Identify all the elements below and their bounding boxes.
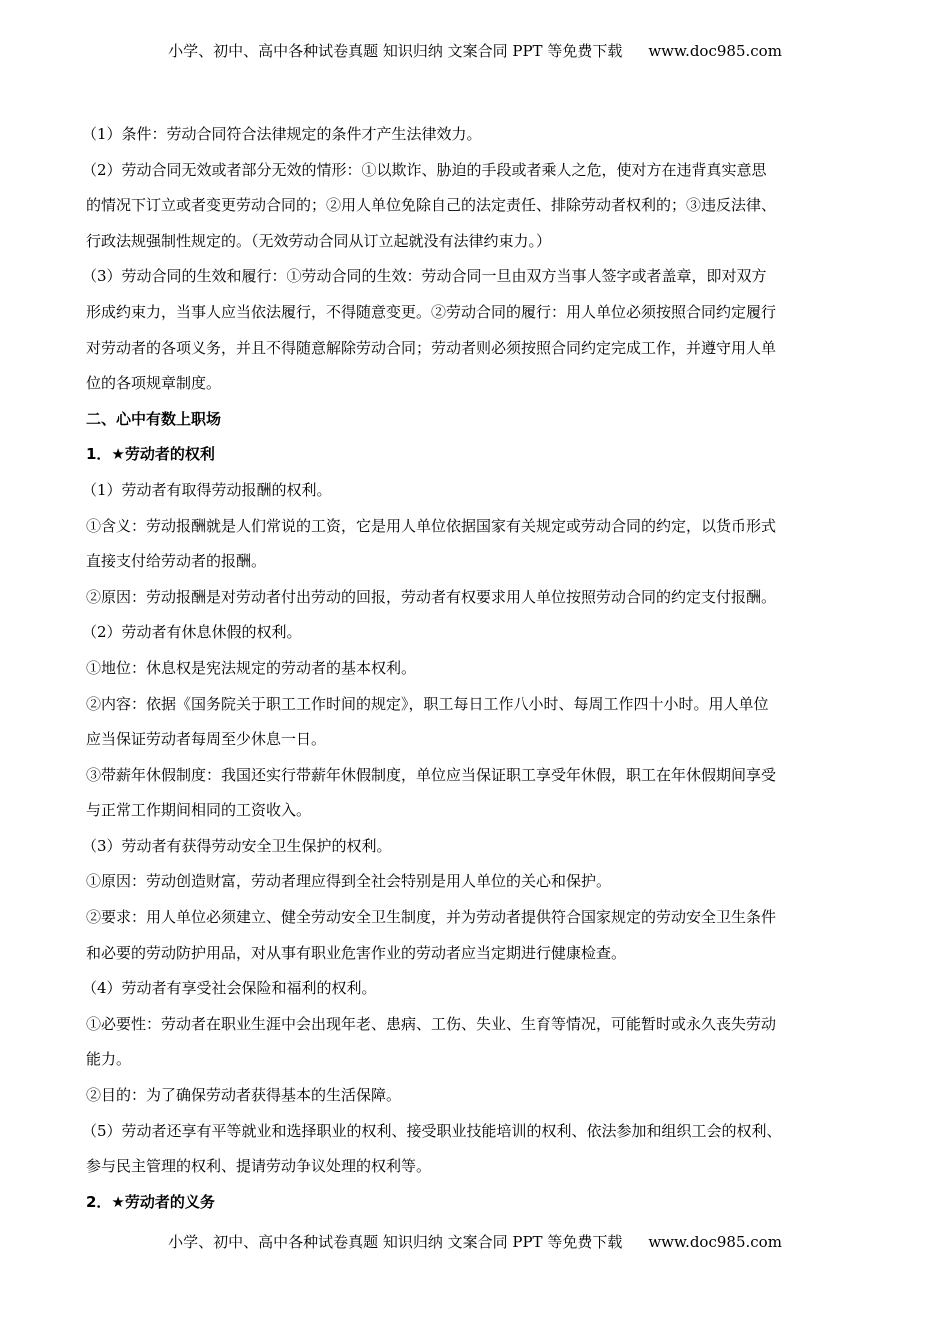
- paragraph-line: ③带薪年休假制度：我国还实行带薪年休假制度，单位应当保证职工享受年休假，职工在年…: [86, 758, 878, 794]
- footer-url: www.doc985.com: [648, 1233, 782, 1251]
- document-body: （1）条件：劳动合同符合法律规定的条件才产生法律效力。 （2）劳动合同无效或者部…: [86, 117, 878, 1220]
- paragraph-line: （1）劳动者有取得劳动报酬的权利。: [82, 473, 878, 509]
- section-heading: 二、心中有数上职场: [86, 402, 878, 438]
- page-footer: 小学、初中、高中各种试卷真题 知识归纳 文案合同 PPT 等免费下载www.do…: [0, 1231, 950, 1252]
- paragraph-line: （3）劳动者有获得劳动安全卫生保护的权利。: [82, 829, 878, 865]
- paragraph-line: （2）劳动者有休息休假的权利。: [82, 615, 878, 651]
- paragraph-line: （3）劳动合同的生效和履行：①劳动合同的生效：劳动合同一旦由双方当事人签字或者盖…: [82, 259, 878, 295]
- paragraph-line: ②目的：为了确保劳动者获得基本的生活保障。: [86, 1078, 878, 1114]
- paragraph-line: 和必要的劳动防护用品，对从事有职业危害作业的劳动者应当定期进行健康检查。: [86, 936, 878, 972]
- paragraph-line: ①含义：劳动报酬就是人们常说的工资，它是用人单位依据国家有关规定或劳动合同的约定…: [86, 509, 878, 545]
- paragraph-line: （1）条件：劳动合同符合法律规定的条件才产生法律效力。: [82, 117, 878, 153]
- paragraph-line: ②原因：劳动报酬是对劳动者付出劳动的回报，劳动者有权要求用人单位按照劳动合同的约…: [86, 580, 878, 616]
- paragraph-line: （5）劳动者还享有平等就业和选择职业的权利、接受职业技能培训的权利、依法参加和组…: [82, 1114, 878, 1150]
- paragraph-line: 形成约束力，当事人应当依法履行，不得随意变更。②劳动合同的履行：用人单位必须按照…: [86, 295, 878, 331]
- paragraph-line: 应当保证劳动者每周至少休息一日。: [86, 722, 878, 758]
- header-url: www.doc985.com: [648, 42, 782, 60]
- header-text: 小学、初中、高中各种试卷真题 知识归纳 文案合同 PPT 等免费下载: [168, 42, 622, 60]
- paragraph-line: 位的各项规章制度。: [86, 366, 878, 402]
- page-header: 小学、初中、高中各种试卷真题 知识归纳 文案合同 PPT 等免费下载www.do…: [0, 40, 950, 61]
- footer-text: 小学、初中、高中各种试卷真题 知识归纳 文案合同 PPT 等免费下载: [168, 1233, 622, 1251]
- paragraph-line: 直接支付给劳动者的报酬。: [86, 544, 878, 580]
- paragraph-line: 行政法规强制性规定的。（无效劳动合同从订立起就没有法律约束力。）: [86, 224, 878, 260]
- paragraph-line: ①原因：劳动创造财富，劳动者理应得到全社会特别是用人单位的关心和保护。: [86, 864, 878, 900]
- paragraph-line: 与正常工作期间相同的工资收入。: [86, 793, 878, 829]
- paragraph-line: 能力。: [86, 1042, 878, 1078]
- subsection-heading: 1．★劳动者的权利: [86, 437, 878, 473]
- paragraph-line: （2）劳动合同无效或者部分无效的情形：①以欺诈、胁迫的手段或者乘人之危，使对方在…: [82, 153, 878, 189]
- paragraph-line: （4）劳动者有享受社会保险和福利的权利。: [82, 971, 878, 1007]
- subsection-heading: 2．★劳动者的义务: [86, 1185, 878, 1221]
- paragraph-line: ①必要性：劳动者在职业生涯中会出现年老、患病、工伤、失业、生育等情况，可能暂时或…: [86, 1007, 878, 1043]
- paragraph-line: 参与民主管理的权利、提请劳动争议处理的权利等。: [86, 1149, 878, 1185]
- paragraph-line: ②要求：用人单位必须建立、健全劳动安全卫生制度，并为劳动者提供符合国家规定的劳动…: [86, 900, 878, 936]
- paragraph-line: 对劳动者的各项义务，并且不得随意解除劳动合同；劳动者则必须按照合同约定完成工作，…: [86, 331, 878, 367]
- paragraph-line: ①地位：休息权是宪法规定的劳动者的基本权利。: [86, 651, 878, 687]
- paragraph-line: 的情况下订立或者变更劳动合同的；②用人单位免除自己的法定责任、排除劳动者权利的；…: [86, 188, 878, 224]
- paragraph-line: ②内容：依据《国务院关于职工工作时间的规定》，职工每日工作八小时、每周工作四十小…: [86, 687, 878, 723]
